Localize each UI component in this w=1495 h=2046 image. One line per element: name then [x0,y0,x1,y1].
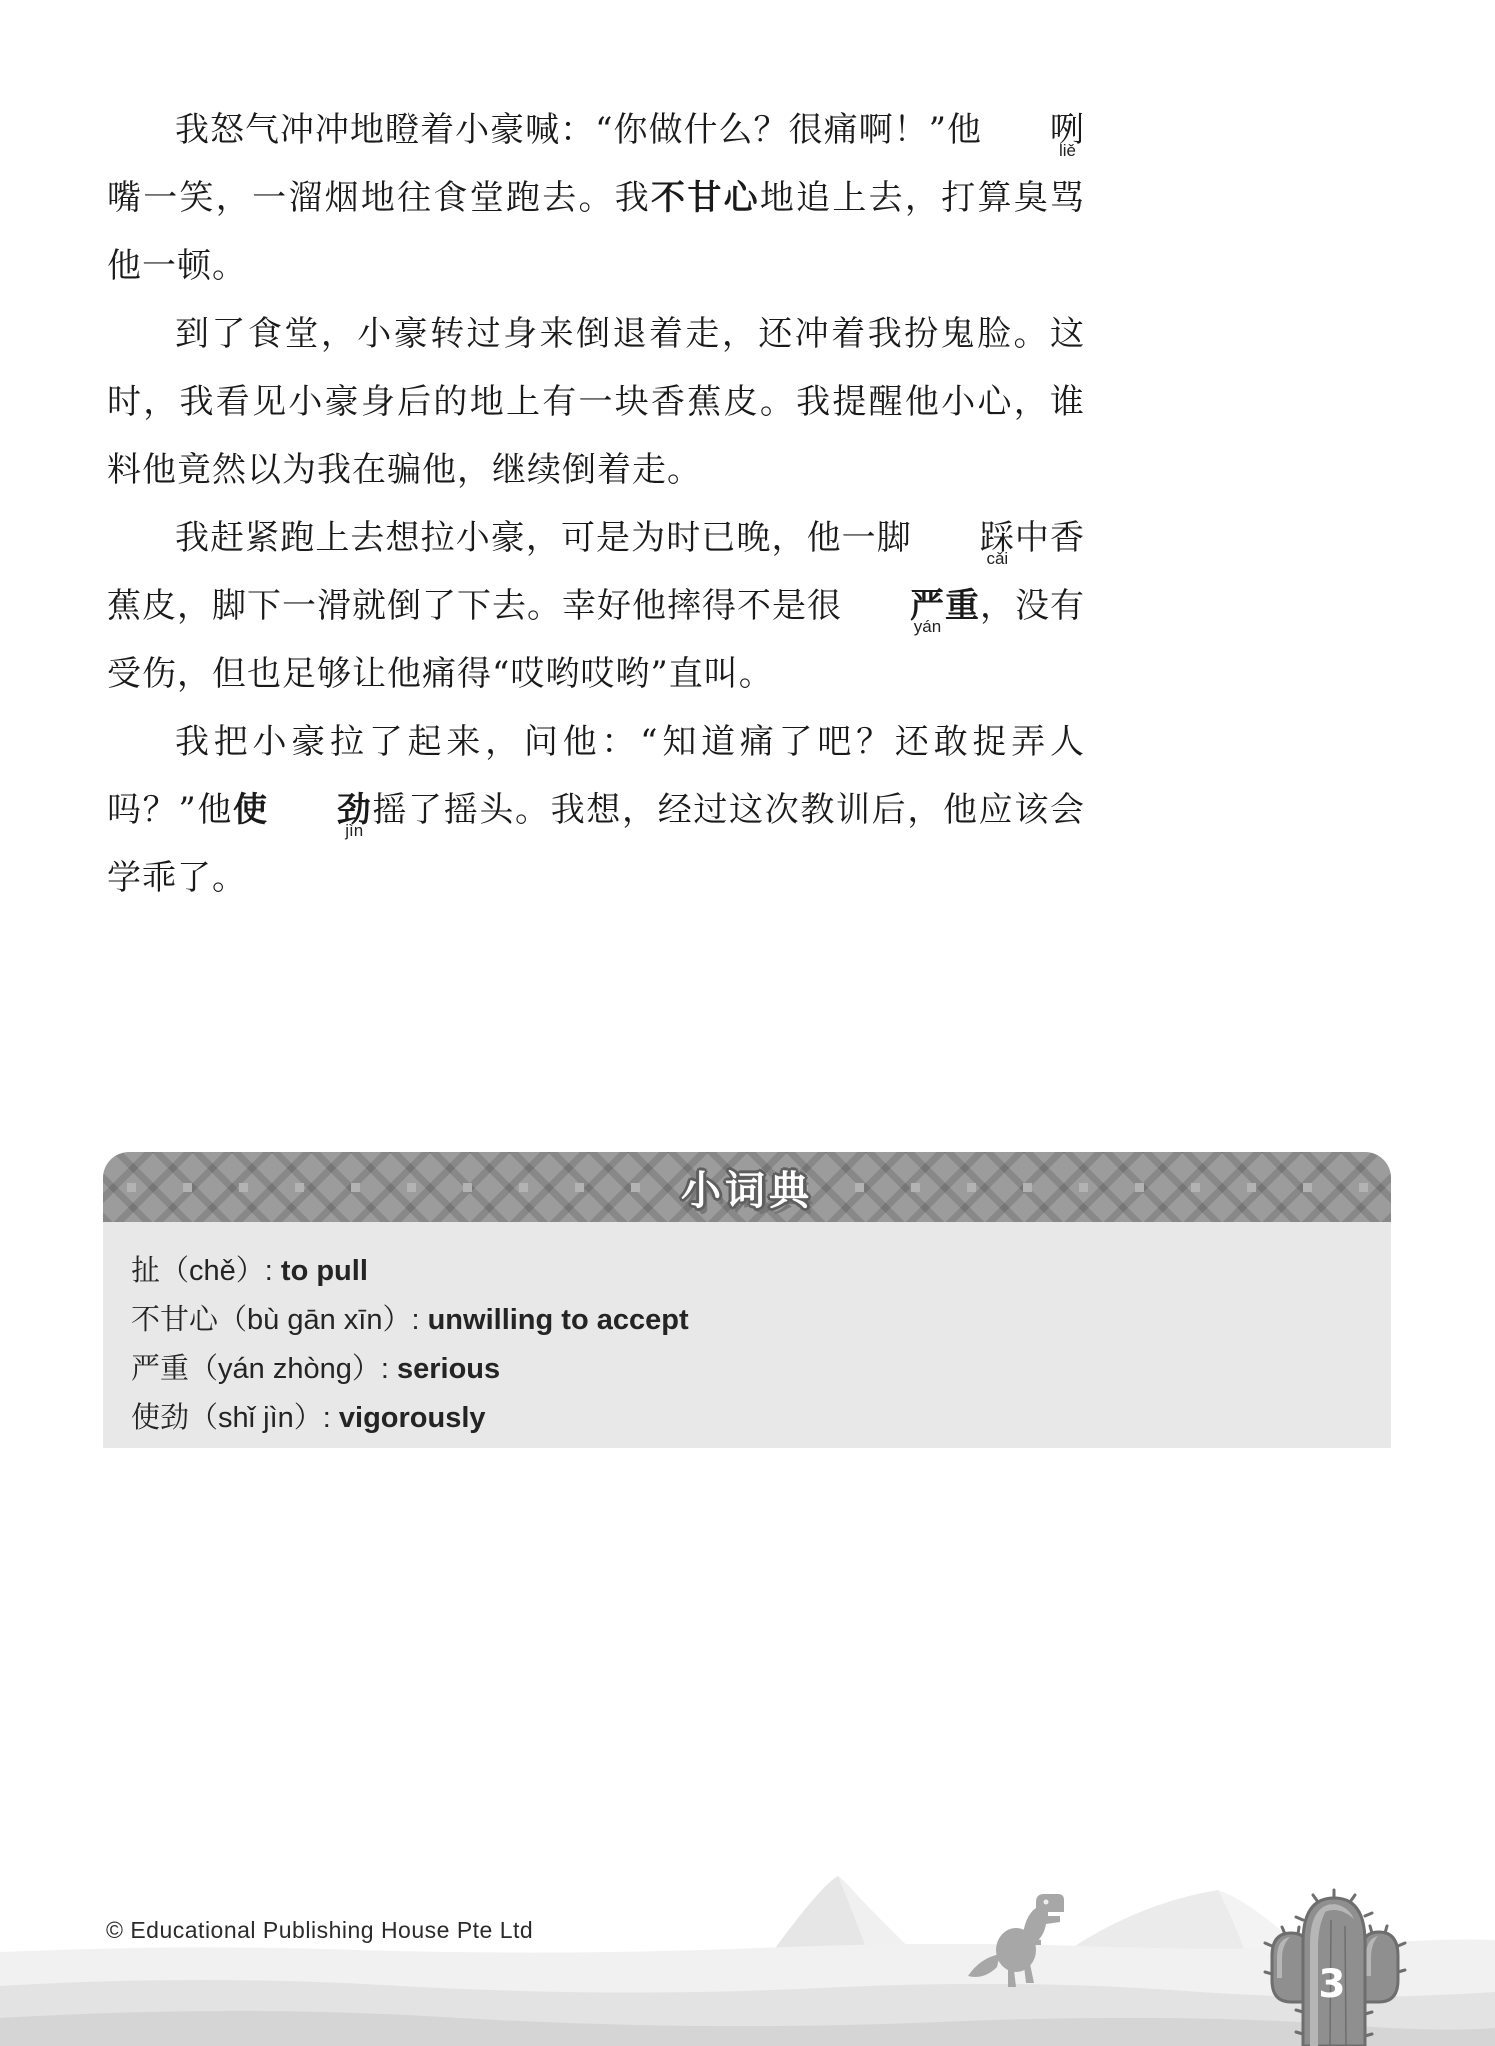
dictionary-entry: 严重（yán zhòng）: serious [131,1344,1361,1393]
entry-pinyin: （bù gān xīn） [218,1304,411,1336]
story-paragraph: 我怒气冲冲地瞪着小豪喊：“你做什么？很痛啊！”他咧liě嘴一笑，一溜烟地往食堂跑… [107,96,1085,300]
dictionary-header-diamond-pattern: 小词典 [103,1152,1391,1222]
dictionary-box: 小词典 扯（chě）: to pull不甘心（bù gān xīn）: unwi… [103,1152,1391,1448]
dictionary-entry: 使劲（shǐ jìn）: vigorously [131,1393,1361,1442]
story-text: 我怒气冲冲地瞪着小豪喊：“你做什么？很痛啊！”他咧liě嘴一笑，一溜烟地往食堂跑… [107,96,1085,912]
entry-word: 严重 [131,1351,189,1385]
vocabulary-term: 严yán [842,572,945,640]
entry-word: 扯 [131,1253,160,1287]
pinyin-annotation: liě [991,142,1076,159]
pinyin-annotation: jìn [277,822,363,839]
entry-separator: : [323,1402,339,1434]
story-paragraph: 我赶紧跑上去想拉小豪，可是为时已晚，他一脚踩cǎi中香蕉皮，脚下一滑就倒了下去。… [107,504,1085,708]
vocabulary-term: 重 [945,586,980,626]
story-paragraph: 到了食堂，小豪转过身来倒退着走，还冲着我扮鬼脸。这时，我看见小豪身后的地上有一块… [107,300,1085,504]
desert-illustration [0,1846,1495,2046]
dictionary-entry: 扯（chě）: to pull [131,1246,1361,1295]
vocabulary-term: 使 [233,790,269,830]
dictionary-entry: 不甘心（bù gān xīn）: unwilling to accept [131,1295,1361,1344]
pinyin-annotation: cǎi [918,550,1008,567]
dictionary-entries: 扯（chě）: to pull不甘心（bù gān xīn）: unwillin… [103,1222,1391,1442]
vocabulary-term: 劲jìn [269,776,372,844]
entry-meaning: vigorously [339,1402,486,1434]
dictionary-title: 小词典 [681,1159,813,1216]
pinyin-annotation: yán [846,618,941,635]
entry-separator: : [265,1255,281,1287]
vocabulary-term: 不甘心 [651,178,760,218]
entry-separator: : [381,1353,397,1385]
page-number: 3 [1310,1962,1354,2007]
entry-word: 使劲 [131,1400,189,1434]
page: { "page": { "number": "3", "copyright": … [0,0,1495,2046]
entry-pinyin: （yán zhòng） [189,1353,381,1385]
entry-meaning: unwilling to accept [428,1304,689,1336]
entry-meaning: to pull [281,1255,368,1287]
entry-meaning: serious [397,1353,500,1385]
story-paragraph: 我把小豪拉了起来，问他：“知道痛了吧？还敢捉弄人吗？”他使劲jìn摇了摇头。我想… [107,708,1085,912]
entry-separator: : [411,1304,427,1336]
entry-pinyin: （shǐ jìn） [189,1402,323,1434]
entry-word: 不甘心 [131,1302,218,1336]
entry-pinyin: （chě） [160,1255,265,1287]
